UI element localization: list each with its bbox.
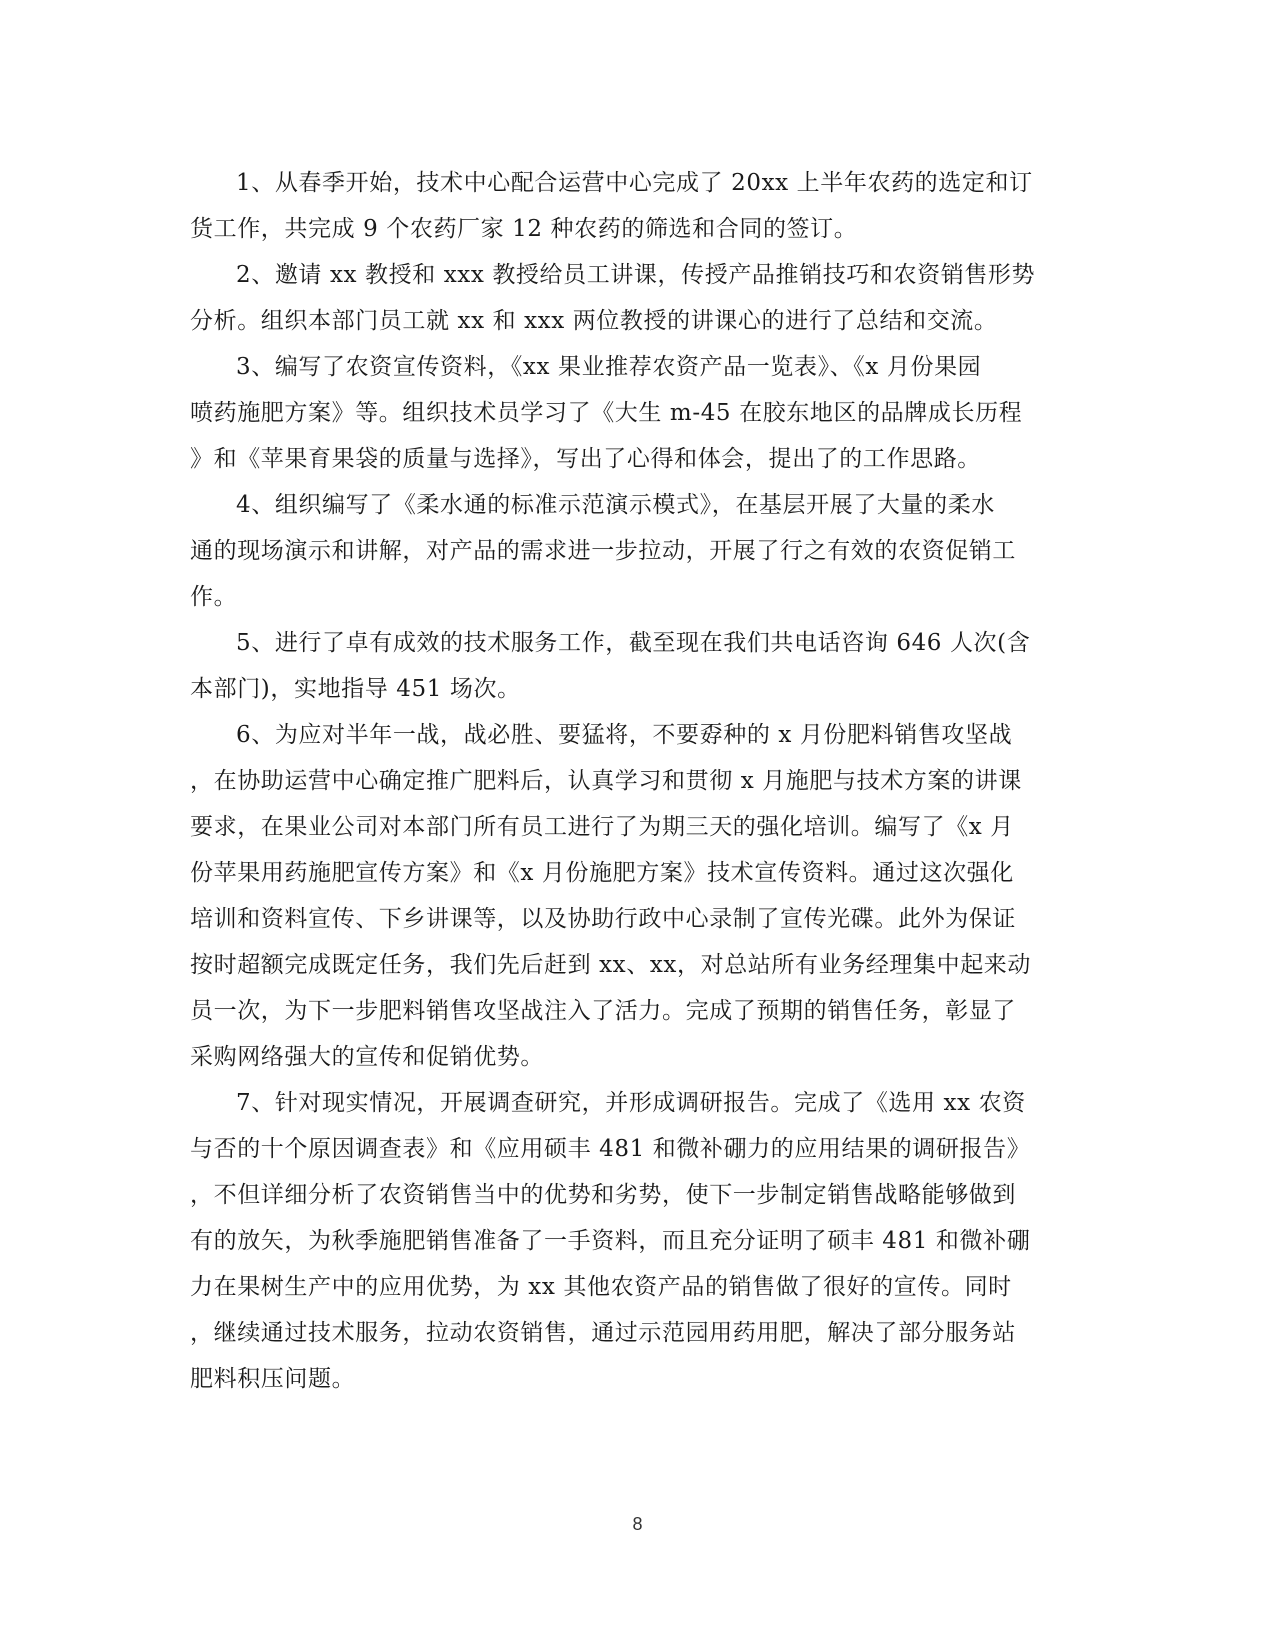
paragraph-line: 与否的十个原因调查表》和《应用硕丰 481 和微补硼力的应用结果的调研报告》	[190, 1126, 1030, 1172]
paragraph-line: 采购网络强大的宣传和促销优势。	[190, 1034, 1030, 1080]
paragraph-line: 本部门)，实地指导 451 场次。	[190, 666, 1030, 712]
paragraph-5: 5、进行了卓有成效的技术服务工作，截至现在我们共电话咨询 646 人次(含 本部…	[190, 620, 1030, 712]
paragraph-4: 4、组织编写了《柔水通的标准示范演示模式》，在基层开展了大量的柔水 通的现场演示…	[190, 482, 1030, 620]
paragraph-line: 3、编写了农资宣传资料，《xx 果业推荐农资产品一览表》、《x 月份果园	[190, 344, 1030, 390]
document-page: 1、从春季开始，技术中心配合运营中心完成了 20xx 上半年农药的选定和订 货工…	[0, 0, 1275, 1651]
paragraph-line: 通的现场演示和讲解，对产品的需求进一步拉动，开展了行之有效的农资促销工	[190, 528, 1030, 574]
paragraph-line: 分析。组织本部门员工就 xx 和 xxx 两位教授的讲课心的进行了总结和交流。	[190, 298, 1030, 344]
paragraph-line: 按时超额完成既定任务，我们先后赶到 xx、xx，对总站所有业务经理集中起来动	[190, 942, 1030, 988]
paragraph-line: 6、为应对半年一战，战必胜、要猛将，不要孬种的 x 月份肥料销售攻坚战	[190, 712, 1030, 758]
paragraph-2: 2、邀请 xx 教授和 xxx 教授给员工讲课，传授产品推销技巧和农资销售形势 …	[190, 252, 1030, 344]
paragraph-line: 要求，在果业公司对本部门所有员工进行了为期三天的强化培训。编写了《x 月	[190, 804, 1030, 850]
paragraph-line: 作。	[190, 574, 1030, 620]
paragraph-line: 7、针对现实情况，开展调查研究，并形成调研报告。完成了《选用 xx 农资	[190, 1080, 1030, 1126]
paragraph-line: ，不但详细分析了农资销售当中的优势和劣势，使下一步制定销售战略能够做到	[190, 1172, 1030, 1218]
paragraph-line: 力在果树生产中的应用优势，为 xx 其他农资产品的销售做了很好的宣传。同时	[190, 1264, 1030, 1310]
paragraph-line: 肥料积压问题。	[190, 1356, 1030, 1402]
paragraph-line: 份苹果用药施肥宣传方案》和《x 月份施肥方案》技术宣传资料。通过这次强化	[190, 850, 1030, 896]
paragraph-line: 2、邀请 xx 教授和 xxx 教授给员工讲课，传授产品推销技巧和农资销售形势	[190, 252, 1030, 298]
paragraph-line: 4、组织编写了《柔水通的标准示范演示模式》，在基层开展了大量的柔水	[190, 482, 1030, 528]
paragraph-line: ，在协助运营中心确定推广肥料后，认真学习和贯彻 x 月施肥与技术方案的讲课	[190, 758, 1030, 804]
paragraph-1: 1、从春季开始，技术中心配合运营中心完成了 20xx 上半年农药的选定和订 货工…	[190, 160, 1030, 252]
paragraph-line: 培训和资料宣传、下乡讲课等，以及协助行政中心录制了宣传光碟。此外为保证	[190, 896, 1030, 942]
paragraph-line: 》和《苹果育果袋的质量与选择》，写出了心得和体会，提出了的工作思路。	[190, 436, 1030, 482]
document-body: 1、从春季开始，技术中心配合运营中心完成了 20xx 上半年农药的选定和订 货工…	[190, 160, 1030, 1402]
paragraph-line: 5、进行了卓有成效的技术服务工作，截至现在我们共电话咨询 646 人次(含	[190, 620, 1030, 666]
paragraph-line: 有的放矢，为秋季施肥销售准备了一手资料，而且充分证明了硕丰 481 和微补硼	[190, 1218, 1030, 1264]
paragraph-line: 1、从春季开始，技术中心配合运营中心完成了 20xx 上半年农药的选定和订	[190, 160, 1030, 206]
paragraph-6: 6、为应对半年一战，战必胜、要猛将，不要孬种的 x 月份肥料销售攻坚战 ，在协助…	[190, 712, 1030, 1080]
paragraph-line: 喷药施肥方案》等。组织技术员学习了《大生 m-45 在胶东地区的品牌成长历程	[190, 390, 1030, 436]
paragraph-3: 3、编写了农资宣传资料，《xx 果业推荐农资产品一览表》、《x 月份果园 喷药施…	[190, 344, 1030, 482]
paragraph-7: 7、针对现实情况，开展调查研究，并形成调研报告。完成了《选用 xx 农资 与否的…	[190, 1080, 1030, 1402]
paragraph-line: ，继续通过技术服务，拉动农资销售，通过示范园用药用肥，解决了部分服务站	[190, 1310, 1030, 1356]
paragraph-line: 员一次，为下一步肥料销售攻坚战注入了活力。完成了预期的销售任务，彰显了	[190, 988, 1030, 1034]
page-number: 8	[0, 1514, 1275, 1535]
paragraph-line: 货工作，共完成 9 个农药厂家 12 种农药的筛选和合同的签订。	[190, 206, 1030, 252]
